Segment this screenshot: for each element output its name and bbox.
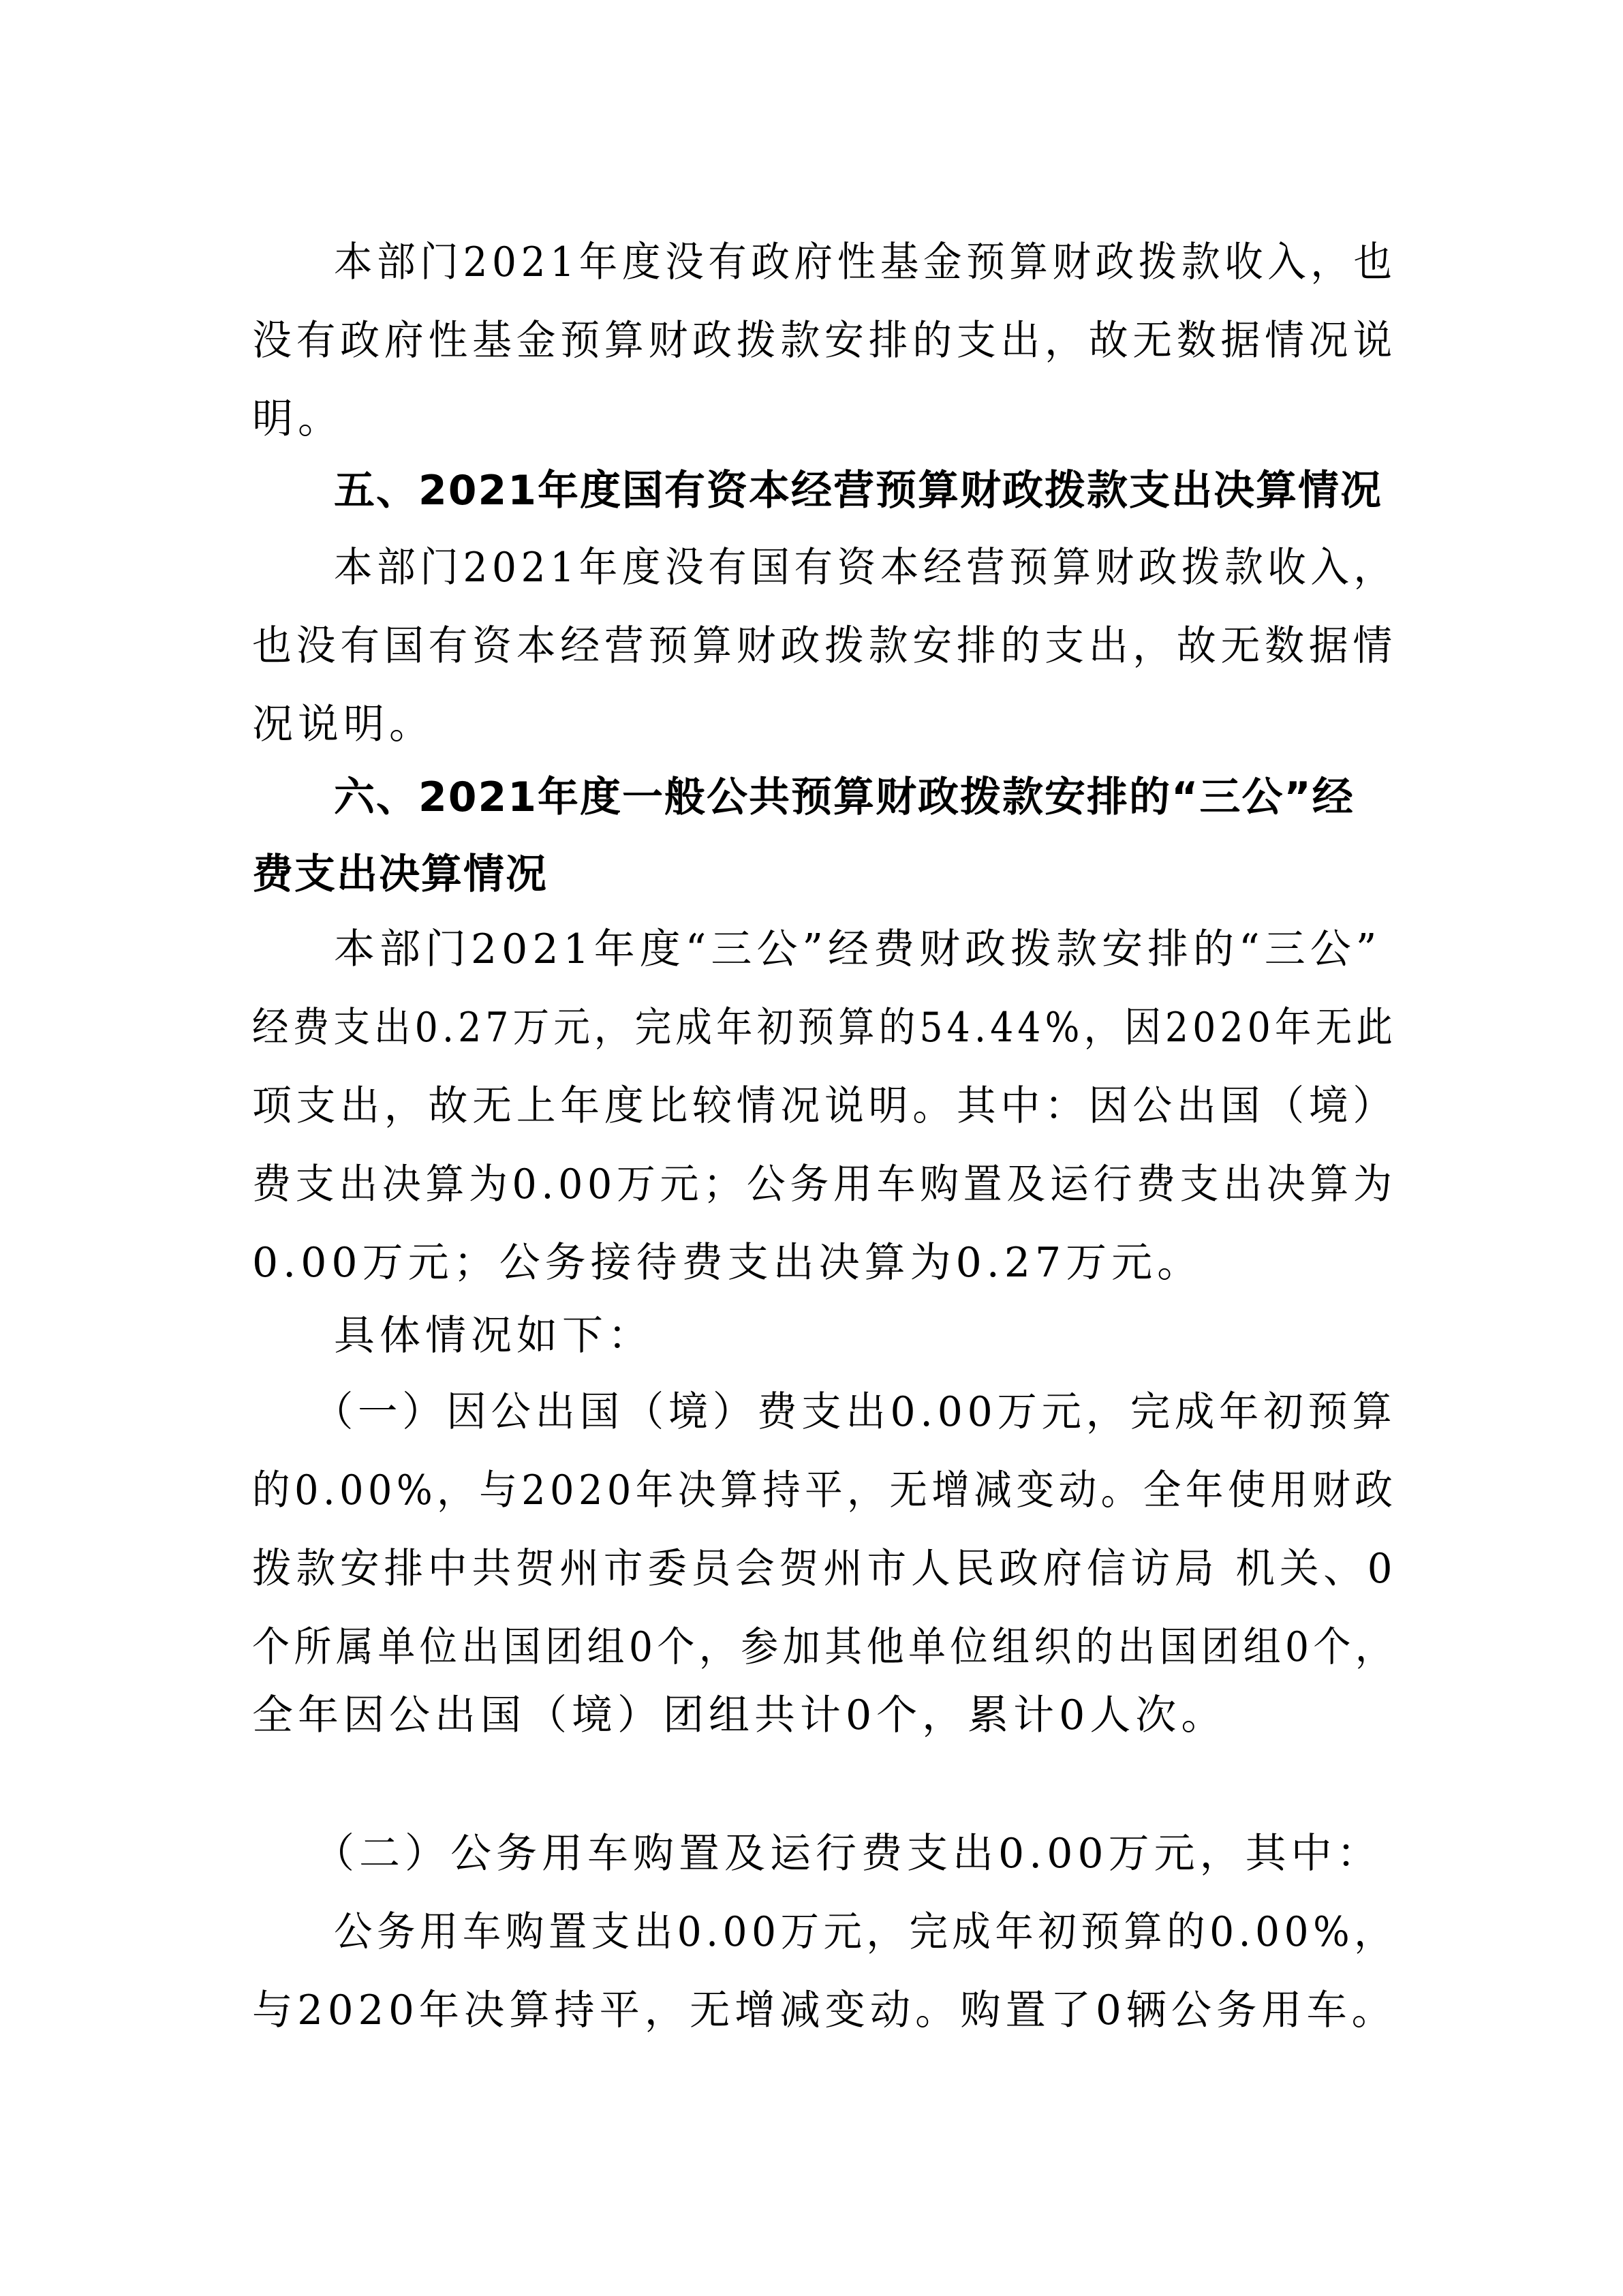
paragraph-statecapital-line-3: 况说明。 bbox=[252, 687, 1397, 762]
paragraph-sangong-line-5: 0.00万元；公务接待费支出决算为0.27万元。 bbox=[252, 1225, 1397, 1300]
section-heading-5: 五、2021年度国有资本经营预算财政拨款支出决算情况 bbox=[334, 453, 1397, 528]
paragraph-vehicles-heading: （二）公务用车购置及运行费支出0.00万元，其中： bbox=[313, 1816, 1397, 1891]
paragraph-sangong-line-4: 费支出决算为0.00万元；公务用车购置及运行费支出决算为 bbox=[252, 1147, 1339, 1222]
paragraph-vehicle-purchase-line-2: 与2020年决算持平，无增减变动。购置了0辆公务用车。 bbox=[252, 1973, 1383, 2048]
paragraph-overseas-line-1: （一）因公出国（境）费支出0.00万元，完成年初预算 bbox=[313, 1375, 1366, 1450]
paragraph-sangong-line-1: 本部门2021年度“三公”经费财政拨款安排的“三公” bbox=[334, 912, 1397, 987]
paragraph-statecapital-line-2: 也没有国有资本经营预算财政拨款安排的支出，故无数据情 bbox=[252, 609, 1356, 684]
paragraph-overseas-line-2: 的0.00%，与2020年决算持平，无增减变动。全年使用财政 bbox=[252, 1453, 1313, 1528]
section-heading-6-line-1: 六、2021年度一般公共预算财政拨款安排的“三公”经 bbox=[334, 760, 1397, 835]
paragraph-overseas-line-4: 个所属单位出国团组0个，参加其他单位组织的出国团组0个， bbox=[252, 1610, 1302, 1685]
paragraph-overseas-line-5: 全年因公出国（境）团组共计0个，累计0人次。 bbox=[252, 1678, 1397, 1753]
paragraph-govfund-line-3: 明。 bbox=[252, 382, 1397, 457]
paragraph-details-intro: 具体情况如下： bbox=[334, 1298, 1397, 1373]
paragraph-vehicle-purchase-line-1: 公务用车购置支出0.00万元，完成年初预算的0.00%， bbox=[334, 1895, 1333, 1970]
paragraph-sangong-line-2: 经费支出0.27万元，完成年初预算的54.44%，因2020年无此 bbox=[252, 990, 1272, 1065]
paragraph-overseas-line-3: 拨款安排中共贺州市委员会贺州市人民政府信访局 机关、0 bbox=[252, 1531, 1353, 1606]
section-heading-6-line-2: 费支出决算情况 bbox=[252, 837, 1397, 912]
paragraph-statecapital-line-1: 本部门2021年度没有国有资本经营预算财政拨款收入， bbox=[334, 530, 1335, 605]
paragraph-govfund-line-1: 本部门2021年度没有政府性基金预算财政拨款收入，也 bbox=[334, 225, 1335, 300]
paragraph-sangong-line-3: 项支出，故无上年度比较情况说明。其中：因公出国（境） bbox=[252, 1069, 1356, 1144]
paragraph-govfund-line-2: 没有政府性基金预算财政拨款安排的支出，故无数据情况说 bbox=[252, 303, 1356, 378]
document-page: 本部门2021年度没有政府性基金预算财政拨款收入，也 没有政府性基金预算财政拨款… bbox=[0, 0, 1623, 2296]
